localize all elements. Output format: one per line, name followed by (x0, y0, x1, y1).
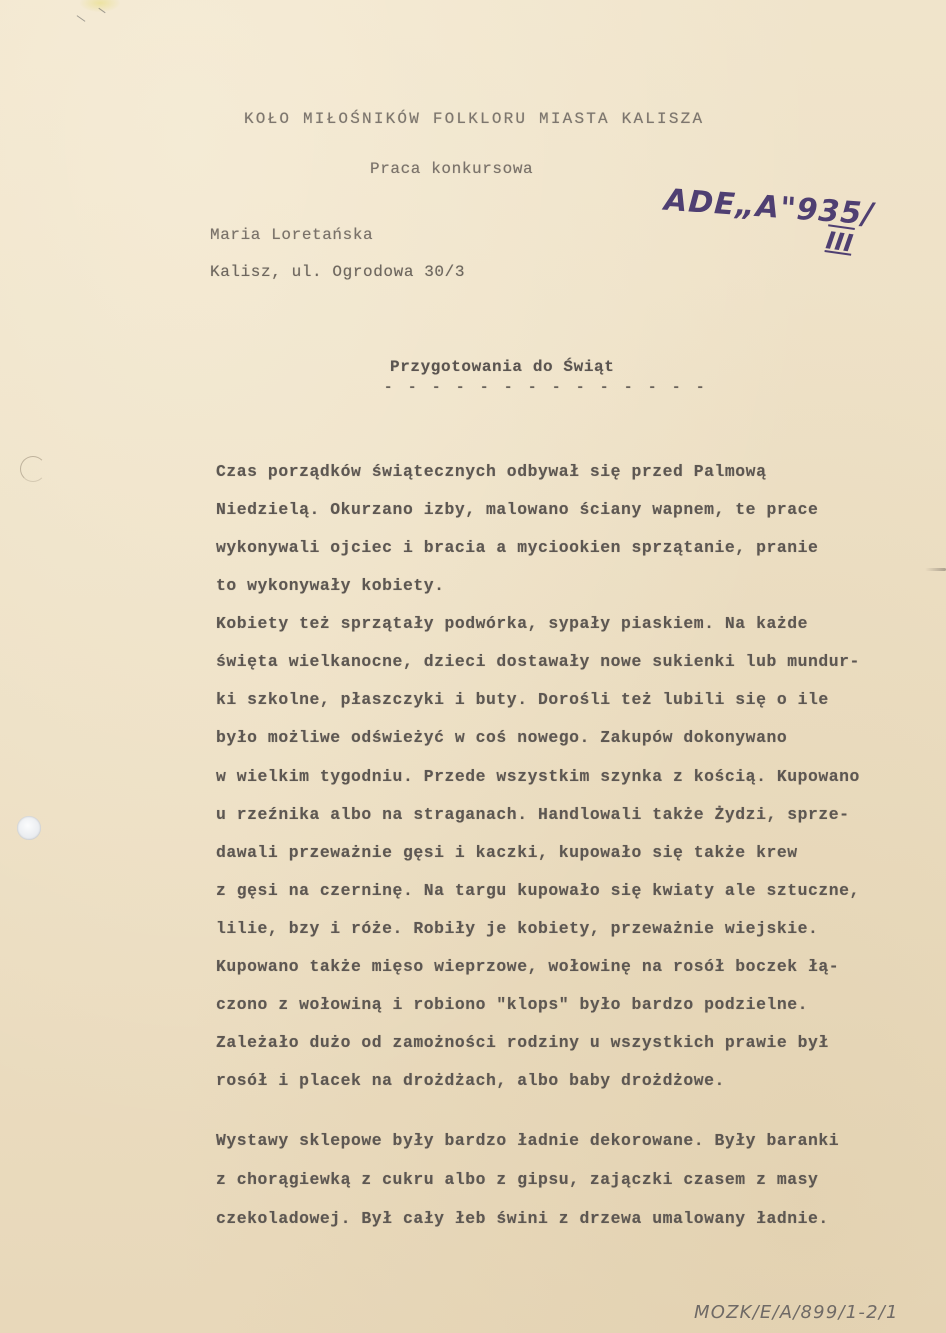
body-line: u rzeźnika albo na straganach. Handlowal… (216, 805, 850, 824)
body-line: ki szkolne, płaszczyki i buty. Dorośli t… (216, 690, 829, 709)
body-line: Kobiety też sprzątały podwórka, sypały p… (216, 614, 808, 633)
body-line: Czas porządków świątecznych odbywał się … (216, 462, 766, 481)
body-line: to wykonywały kobiety. (216, 576, 445, 595)
body-line: Niedzielą. Okurzano izby, malowano ścian… (216, 500, 818, 519)
pencil-mark (77, 15, 86, 22)
body-line: Zależało dużo od zamożności rodziny u ws… (216, 1033, 829, 1052)
archive-pencil-signature: MOZK/E/A/899/1-2/1 (694, 1302, 899, 1323)
body-line: święta wielkanocne, dzieci dostawały now… (216, 652, 860, 671)
archive-signature-roman: III (824, 226, 854, 257)
edge-mark (925, 568, 946, 571)
body-line: w wielkim tygodniu. Przede wszystkim szy… (216, 767, 860, 786)
body-line: rosół i placek na drożdżach, albo baby d… (216, 1071, 725, 1090)
punch-hole-trace (20, 456, 46, 482)
document-subtitle: Praca konkursowa (370, 160, 533, 178)
body-line: wykonywali ojciec i bracia a myciookien … (216, 538, 818, 557)
body-line: lilie, bzy i róże. Robiły je kobiety, pr… (216, 919, 818, 938)
author-address: Kalisz, ul. Ogrodowa 30/3 (210, 263, 465, 281)
author-name: Maria Loretańska (210, 226, 373, 244)
body-line: dawali przeważnie gęsi i kaczki, kupował… (216, 843, 798, 862)
body-line: Kupowano także mięso wieprzowe, wołowinę… (216, 957, 839, 976)
body-line: Wystawy sklepowe były bardzo ładnie deko… (216, 1131, 839, 1150)
title-underline: - - - - - - - - - - - - - - (384, 380, 708, 396)
body-line: czekoladowej. Był cały łeb świni z drzew… (216, 1209, 829, 1228)
body-line: z gęsi na czerninę. Na targu kupowało si… (216, 881, 860, 900)
archive-roman-numeral: III (824, 226, 854, 257)
organization-header: KOŁO MIŁOŚNIKÓW FOLKLORU MIASTA KALISZA (244, 110, 704, 128)
body-line: z chorągiewką z cukru albo z gipsu, zają… (216, 1170, 818, 1189)
punch-hole (17, 816, 41, 840)
document-title: Przygotowania do Świąt (390, 358, 614, 376)
archive-signature: ADE„A"935/ (663, 183, 875, 233)
body-line: było możliwe odświeżyć w coś nowego. Zak… (216, 728, 787, 747)
body-line: czono z wołowiną i robiono "klops" było … (216, 995, 808, 1014)
